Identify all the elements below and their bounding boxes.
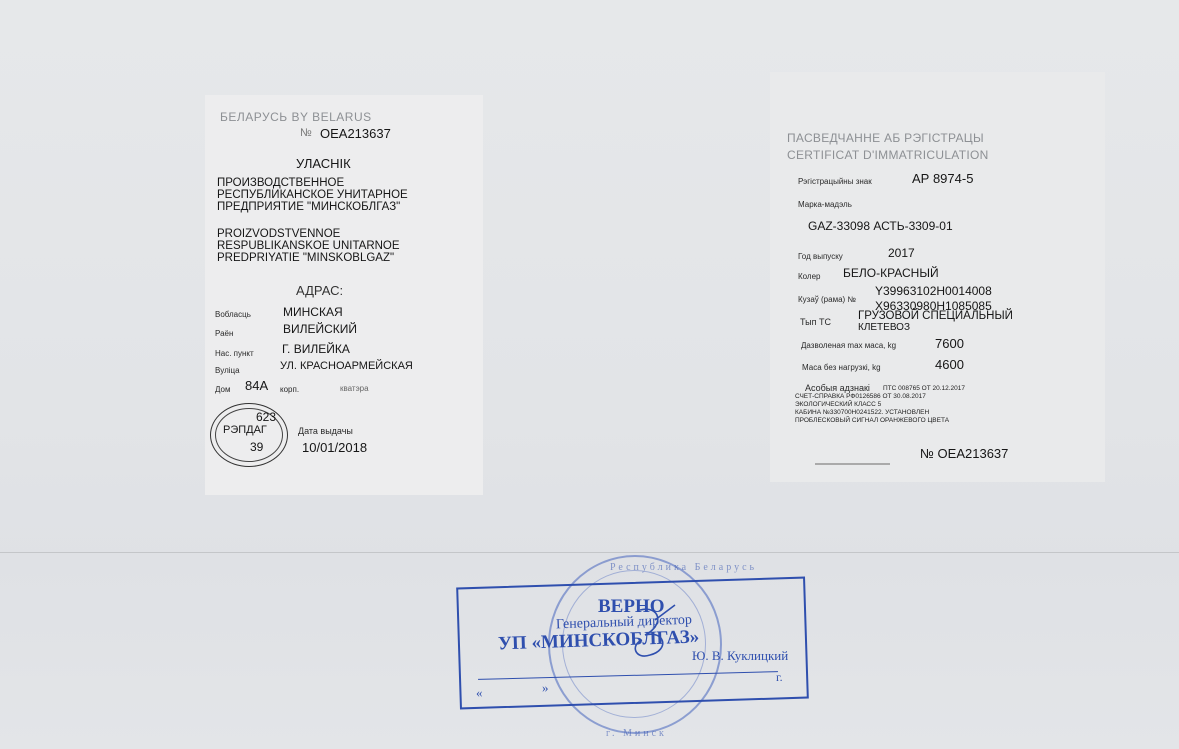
seal-text: РЭПДАГ [223, 424, 267, 436]
manufacture-year: 2017 [888, 246, 915, 260]
house-value: 84А [245, 378, 268, 393]
seal-circle-bottom-text: г. Минск [606, 728, 667, 739]
district-label: Раён [215, 329, 233, 338]
owner-name-lat: PROIZVODSTVENNOE RESPUBLIKANSKOE UNITARN… [217, 228, 400, 264]
owner-title: УЛАСНІК [296, 156, 351, 171]
house-label: Дом [215, 385, 230, 394]
region-value: МИНСКАЯ [283, 305, 343, 319]
body-number-1: Y39963102H0014008 [875, 284, 992, 298]
color-label: Колер [798, 272, 821, 281]
seal-top-number: 623 [256, 410, 276, 424]
model-label: Марка-мадэль [798, 200, 852, 209]
apartment-label: кватэра [340, 384, 369, 393]
paper-crease [0, 552, 1179, 553]
empty-mass-label: Маса без нагрузкі, kg [802, 363, 881, 372]
region-label: Вобласць [215, 310, 251, 319]
vehicle-type-label: Тып ТС [800, 317, 831, 327]
max-mass-label: Дазволеная max маса, kg [801, 341, 896, 350]
street-value: УЛ. КРАСНОАРМЕЙСКАЯ [280, 360, 413, 372]
vehicle-type: ГРУЗОВОЙ СПЕЦИАЛЬНЫЙ КЛЕТЕВОЗ [858, 311, 1013, 333]
signature-icon [620, 600, 680, 675]
vehicle-color: БЕЛО-КРАСНЫЙ [843, 266, 939, 280]
max-mass-value: 7600 [935, 336, 964, 351]
special-note-1: ПТС 008765 ОТ 20.12.2017 [883, 385, 965, 393]
plate-number: АР 8974-5 [912, 171, 973, 186]
stamp-date-close: » [542, 680, 549, 696]
locality-label: Нас. пункт [215, 349, 254, 358]
owner-name-ru: ПРОИЗВОДСТВЕННОЕ РЕСПУБЛИКАНСКОЕ УНИТАРН… [217, 177, 408, 213]
locality-value: Г. ВИЛЕЙКА [282, 342, 350, 356]
plate-label: Рэгістрацыйны знак [798, 177, 872, 186]
certificate-title-be: ПАСВЕДЧАННЕ АБ РЭГІСТРАЦЫ [787, 131, 984, 145]
empty-mass-value: 4600 [935, 357, 964, 372]
document-number-right: № OEA213637 [920, 446, 1008, 461]
seal-circle-top-text: Республика Беларусь [610, 562, 757, 573]
body-number-label: Кузаў (рама) № [798, 295, 856, 304]
stamp-signatory-name: Ю. В. Куклицкий [692, 648, 788, 664]
document-number: OEA213637 [320, 126, 391, 141]
street-label: Вуліца [215, 366, 240, 375]
address-title: АДРАС: [296, 283, 343, 298]
seal-bottom-number: 39 [250, 440, 263, 454]
country-header: БЕЛАРУСЬ BY BELARUS [220, 110, 372, 124]
building-label: корп. [280, 385, 299, 394]
vehicle-model: GAZ-33098 АСТЬ-3309-01 [808, 219, 953, 233]
special-notes-label: Асобыя адзнакі [805, 383, 870, 393]
stamp-year-suffix: г. [776, 670, 783, 685]
issue-date: 10/01/2018 [302, 440, 367, 455]
number-label: № [300, 127, 312, 139]
printer-imprint [815, 463, 890, 465]
certificate-title-fr: CERTIFICAT D'IMMATRICULATION [787, 148, 989, 162]
district-value: ВИЛЕЙСКИЙ [283, 322, 357, 336]
issue-date-label: Дата выдачы [298, 426, 353, 436]
year-label: Год выпуску [798, 252, 843, 261]
special-notes: СЧЕТ-СПРАВКА РФ0126586 ОТ 30.08.2017 ЭКО… [795, 393, 949, 425]
stamp-date-open: « [476, 685, 483, 701]
